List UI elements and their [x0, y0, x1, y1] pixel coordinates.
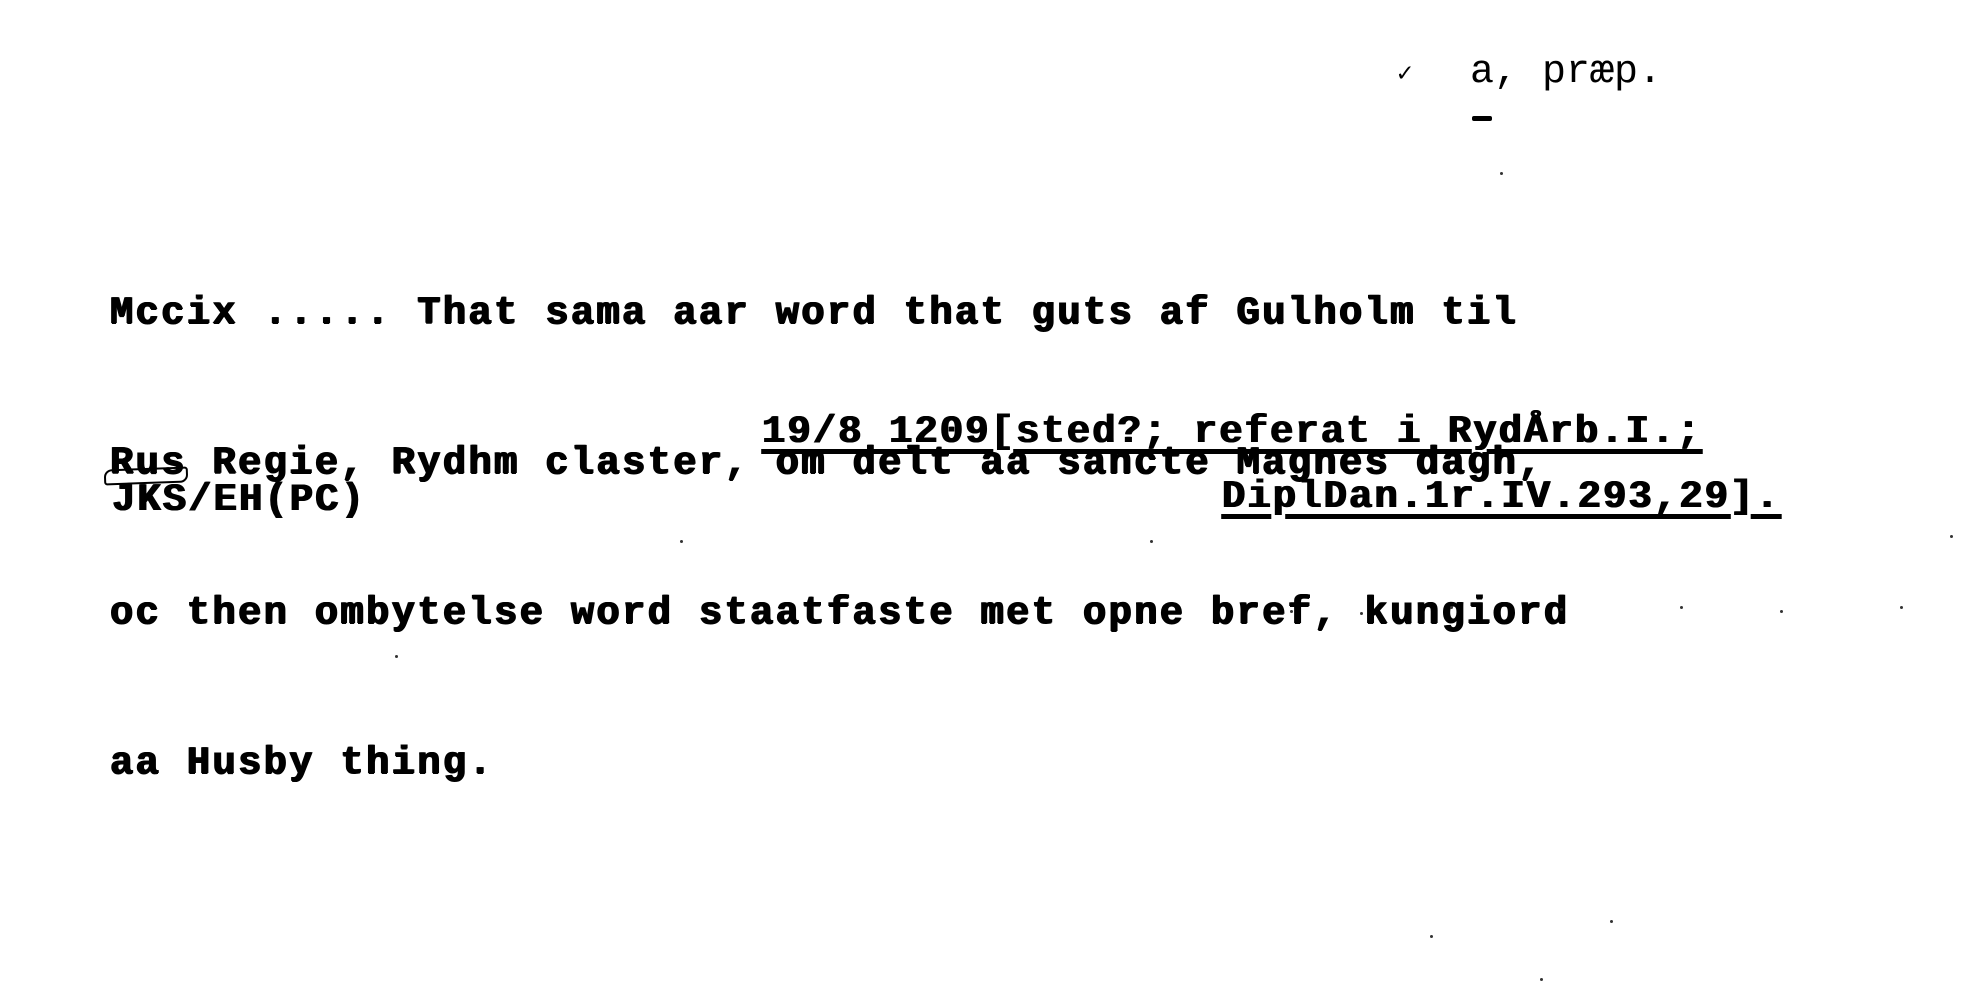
- scan-speck: [1560, 608, 1563, 611]
- dictionary-slip: ✓ a, præp. Mccix ..... That sama aar wor…: [0, 0, 1973, 992]
- check-mark-icon: ✓: [1397, 58, 1413, 89]
- scan-speck: [1360, 612, 1363, 615]
- part-of-speech: , præp.: [1494, 50, 1662, 95]
- source-reference-2: DiplDan.1r.IV.293,29].: [1222, 475, 1781, 519]
- scan-speck: [1500, 172, 1503, 175]
- scan-speck: [395, 655, 398, 658]
- scan-speck: [1540, 978, 1543, 981]
- scan-speck: [1780, 610, 1783, 613]
- headword: a: [1470, 50, 1494, 95]
- citation-line: aa Husby thing.: [110, 738, 1870, 788]
- scan-speck: [1450, 606, 1453, 609]
- scan-speck: [1610, 920, 1613, 923]
- source-reference-1: 19/8 1209[sted?; referat i RydÅrb.I.;: [762, 410, 1702, 454]
- scan-speck: [1900, 606, 1903, 609]
- scan-speck: [1290, 610, 1293, 613]
- scan-speck: [1430, 935, 1433, 938]
- scan-speck: [1680, 606, 1683, 609]
- headword-entry: a, præp.: [1470, 50, 1662, 95]
- editor-initials: JKS/EH(PC): [112, 478, 366, 522]
- scan-speck: [1150, 540, 1153, 543]
- scan-speck: [1950, 535, 1953, 538]
- scan-speck: [680, 540, 683, 543]
- source-reference-text: 19/8 1209[sted?; referat i RydÅrb.I.;: [762, 410, 1702, 454]
- source-reference-text: DiplDan.1r.IV.293,29].: [1222, 475, 1781, 519]
- citation-line: oc then ombytelse word staatfaste met op…: [110, 588, 1870, 638]
- citation-text: Mccix ..... That sama aar word that guts…: [110, 188, 1870, 888]
- citation-line: Mccix ..... That sama aar word that guts…: [110, 288, 1870, 338]
